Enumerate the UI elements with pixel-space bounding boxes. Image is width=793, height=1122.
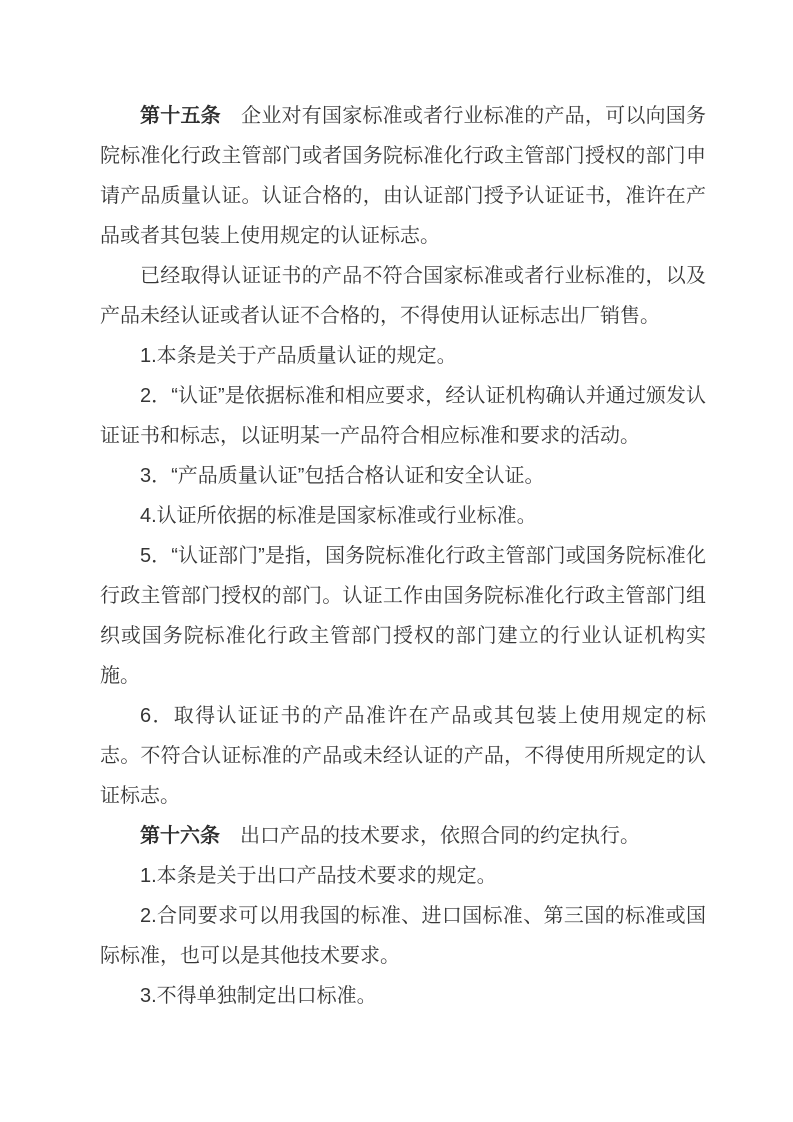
article-15-note-6: 6．取得认证证书的产品准许在产品或其包装上使用规定的标志。不符合认证标准的产品或… bbox=[100, 696, 706, 816]
paragraph-text: 3.不得单独制定出口标准。 bbox=[140, 985, 377, 1007]
article-16-number: 第十六条 bbox=[140, 825, 220, 847]
paragraph-text: 出口产品的技术要求，依照合同的约定执行。 bbox=[220, 825, 640, 847]
paragraph-text: 2.合同要求可以用我国的标准、进口国标准、第三国的标准或国际标准，也可以是其他技… bbox=[100, 905, 706, 967]
article-15-note-1: 1.本条是关于产品质量认证的规定。 bbox=[100, 336, 706, 376]
article-15-number: 第十五条 bbox=[140, 105, 221, 127]
paragraph-text: 1.本条是关于产品质量认证的规定。 bbox=[140, 345, 457, 367]
paragraph-text: 5．“认证部门”是指，国务院标准化行政主管部门或国务院标准化行政主管部门授权的部… bbox=[100, 545, 706, 687]
article-15-intro-paragraph: 第十五条 企业对有国家标准或者行业标准的产品，可以向国务院标准化行政主管部门或者… bbox=[100, 96, 706, 256]
article-15-paragraph-2: 已经取得认证证书的产品不符合国家标准或者行业标准的，以及产品未经认证或者认证不合… bbox=[100, 256, 706, 336]
paragraph-text: 3．“产品质量认证”包括合格认证和安全认证。 bbox=[140, 465, 544, 487]
article-15-note-5: 5．“认证部门”是指，国务院标准化行政主管部门或国务院标准化行政主管部门授权的部… bbox=[100, 536, 706, 696]
paragraph-text: 2．“认证”是依据标准和相应要求，经认证机构确认并通过颁发认证证书和标志，以证明… bbox=[100, 385, 706, 447]
paragraph-text: 6．取得认证证书的产品准许在产品或其包装上使用规定的标志。不符合认证标准的产品或… bbox=[100, 705, 706, 807]
article-15-note-2: 2．“认证”是依据标准和相应要求，经认证机构确认并通过颁发认证证书和标志，以证明… bbox=[100, 376, 706, 456]
document-page: 第十五条 企业对有国家标准或者行业标准的产品，可以向国务院标准化行政主管部门或者… bbox=[0, 0, 793, 1122]
article-16-note-1: 1.本条是关于出口产品技术要求的规定。 bbox=[100, 856, 706, 896]
article-16-note-3: 3.不得单独制定出口标准。 bbox=[100, 976, 706, 1016]
article-15-note-3: 3．“产品质量认证”包括合格认证和安全认证。 bbox=[100, 456, 706, 496]
article-15-note-4: 4.认证所依据的标准是国家标准或行业标准。 bbox=[100, 496, 706, 536]
article-16-intro-paragraph: 第十六条 出口产品的技术要求，依照合同的约定执行。 bbox=[100, 816, 706, 856]
article-16-note-2: 2.合同要求可以用我国的标准、进口国标准、第三国的标准或国际标准，也可以是其他技… bbox=[100, 896, 706, 976]
paragraph-text: 4.认证所依据的标准是国家标准或行业标准。 bbox=[140, 505, 537, 527]
paragraph-text: 1.本条是关于出口产品技术要求的规定。 bbox=[140, 865, 497, 887]
document-body: 第十五条 企业对有国家标准或者行业标准的产品，可以向国务院标准化行政主管部门或者… bbox=[100, 96, 706, 1016]
paragraph-text: 已经取得认证证书的产品不符合国家标准或者行业标准的，以及产品未经认证或者认证不合… bbox=[100, 265, 706, 327]
